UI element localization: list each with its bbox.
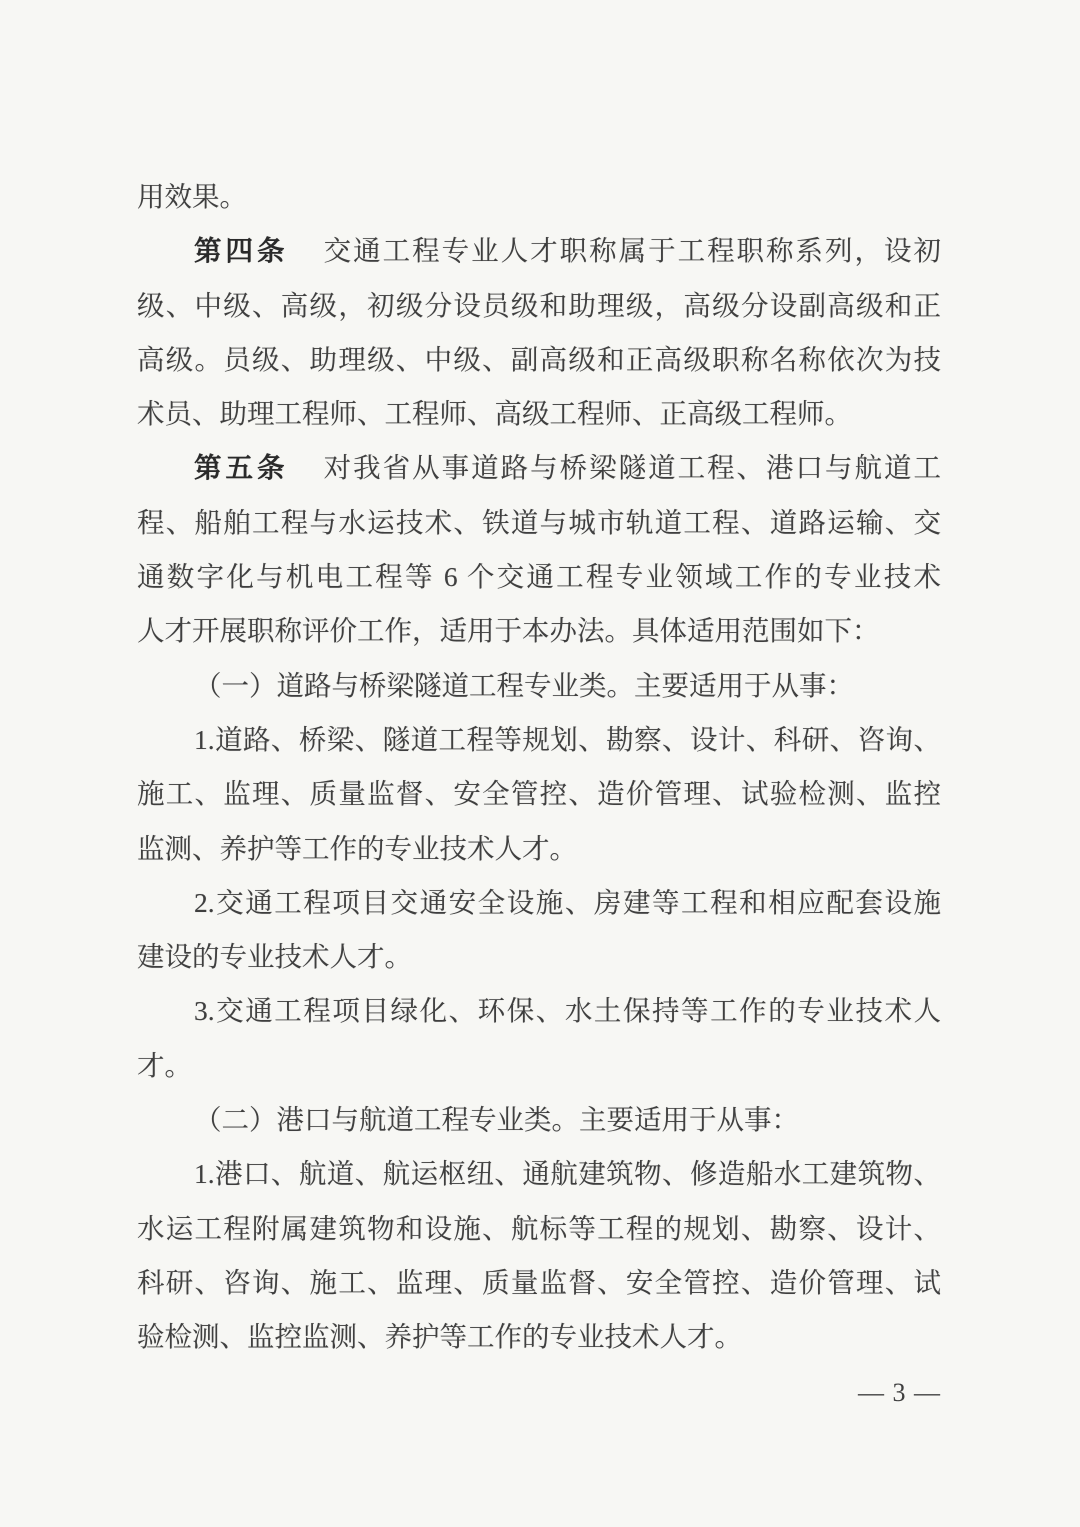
text-line: 术员、助理工程师、工程师、高级工程师、正高级工程师。 bbox=[137, 387, 941, 441]
text-run: 术员、助理工程师、工程师、高级工程师、正高级工程师。 bbox=[137, 398, 852, 429]
text-run: 验检测、监控监测、养护等工作的专业技术人才。 bbox=[137, 1321, 742, 1352]
text-line: 第五条对我省从事道路与桥梁隧道工程、港口与航道工 bbox=[137, 441, 941, 495]
text-line: 施工、监理、质量监督、安全管控、造价管理、试验检测、监控 bbox=[137, 767, 941, 821]
text-line: 建设的专业技术人才。 bbox=[137, 930, 941, 984]
text-line: 高级。员级、助理级、中级、副高级和正高级职称名称依次为技 bbox=[137, 333, 941, 387]
text-line: 水运工程附属建筑物和设施、航标等工程的规划、勘察、设计、 bbox=[137, 1202, 941, 1256]
article-number: 第五条 bbox=[194, 452, 288, 483]
text-line: （一）道路与桥梁隧道工程专业类。主要适用于从事： bbox=[137, 659, 941, 713]
text-run: 水运工程附属建筑物和设施、航标等工程的规划、勘察、设计、 bbox=[137, 1213, 941, 1244]
text-line: 科研、咨询、施工、监理、质量监督、安全管控、造价管理、试 bbox=[137, 1256, 941, 1310]
text-run: 2.交通工程项目交通安全设施、房建等工程和相应配套设施 bbox=[194, 887, 941, 918]
text-run: 交通工程专业人才职称属于工程职称系列，设初 bbox=[324, 235, 941, 266]
text-run: 3.交通工程项目绿化、环保、水土保持等工作的专业技术人 bbox=[194, 995, 941, 1026]
text-run: （二）港口与航道工程专业类。主要适用于从事： bbox=[194, 1104, 799, 1135]
text-run: 监测、养护等工作的专业技术人才。 bbox=[137, 833, 577, 864]
text-run: 程、船舶工程与水运技术、铁道与城市轨道工程、道路运输、交 bbox=[137, 507, 941, 538]
text-run: 科研、咨询、施工、监理、质量监督、安全管控、造价管理、试 bbox=[137, 1267, 941, 1298]
text-line: 监测、养护等工作的专业技术人才。 bbox=[137, 822, 941, 876]
text-line: 第四条交通工程专业人才职称属于工程职称系列，设初 bbox=[137, 224, 941, 278]
text-run: 施工、监理、质量监督、安全管控、造价管理、试验检测、监控 bbox=[137, 778, 941, 809]
text-run: 高级。员级、助理级、中级、副高级和正高级职称名称依次为技 bbox=[137, 344, 941, 375]
text-run: 通数字化与机电工程等 6 个交通工程专业领域工作的专业技术 bbox=[137, 561, 941, 592]
text-line: 1.港口、航道、航运枢纽、通航建筑物、修造船水工建筑物、 bbox=[137, 1147, 941, 1201]
text-line: 人才开展职称评价工作，适用于本办法。具体适用范围如下： bbox=[137, 604, 941, 658]
document-page: 用效果。第四条交通工程专业人才职称属于工程职称系列，设初级、中级、高级，初级分设… bbox=[0, 0, 1080, 1527]
text-run: 对我省从事道路与桥梁隧道工程、港口与航道工 bbox=[324, 452, 941, 483]
text-line: （二）港口与航道工程专业类。主要适用于从事： bbox=[137, 1093, 941, 1147]
text-line: 1.道路、桥梁、隧道工程等规划、勘察、设计、科研、咨询、 bbox=[137, 713, 941, 767]
page-number: — 3 — bbox=[858, 1366, 941, 1420]
text-line: 通数字化与机电工程等 6 个交通工程专业领域工作的专业技术 bbox=[137, 550, 941, 604]
text-run: 建设的专业技术人才。 bbox=[137, 941, 412, 972]
text-line: 用效果。 bbox=[137, 170, 941, 224]
text-line: 2.交通工程项目交通安全设施、房建等工程和相应配套设施 bbox=[137, 876, 941, 930]
text-run: 才。 bbox=[137, 1050, 192, 1081]
text-run: （一）道路与桥梁隧道工程专业类。主要适用于从事： bbox=[194, 670, 854, 701]
text-run: 1.道路、桥梁、隧道工程等规划、勘察、设计、科研、咨询、 bbox=[194, 724, 941, 755]
text-line: 程、船舶工程与水运技术、铁道与城市轨道工程、道路运输、交 bbox=[137, 496, 941, 550]
text-run: 级、中级、高级，初级分设员级和助理级，高级分设副高级和正 bbox=[137, 290, 941, 321]
text-line: 才。 bbox=[137, 1039, 941, 1093]
text-line: 级、中级、高级，初级分设员级和助理级，高级分设副高级和正 bbox=[137, 279, 941, 333]
text-run: 人才开展职称评价工作，适用于本办法。具体适用范围如下： bbox=[137, 615, 880, 646]
text-line: 3.交通工程项目绿化、环保、水土保持等工作的专业技术人 bbox=[137, 984, 941, 1038]
text-run: 1.港口、航道、航运枢纽、通航建筑物、修造船水工建筑物、 bbox=[194, 1158, 941, 1189]
document-text-block: 用效果。第四条交通工程专业人才职称属于工程职称系列，设初级、中级、高级，初级分设… bbox=[137, 170, 941, 1365]
article-number: 第四条 bbox=[194, 235, 288, 266]
text-run: 用效果。 bbox=[137, 181, 247, 212]
text-line: 验检测、监控监测、养护等工作的专业技术人才。 bbox=[137, 1310, 941, 1364]
